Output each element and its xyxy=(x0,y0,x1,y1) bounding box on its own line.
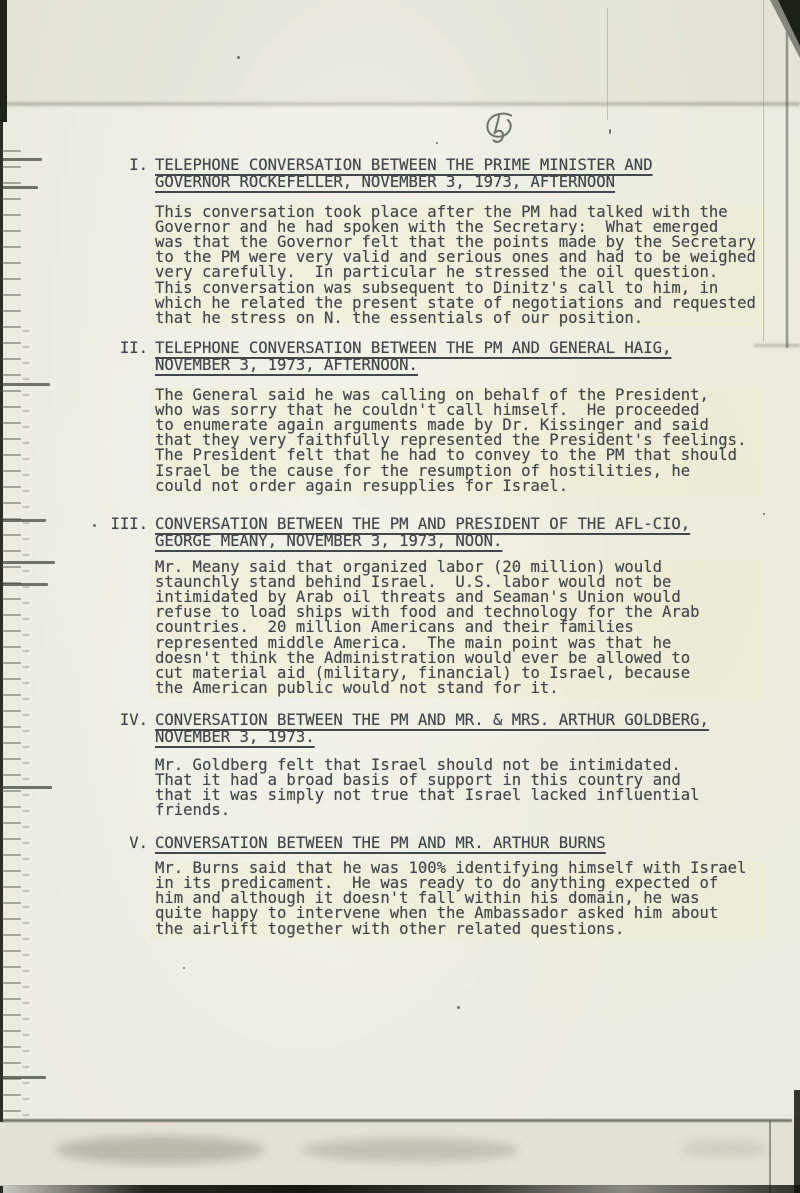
section-heading: TELEPHONE CONVERSATION BETWEEN THE PRIME… xyxy=(155,157,800,191)
section-heading: CONVERSATION BETWEEN THE PM AND MR. & MR… xyxy=(155,712,800,746)
section-1: I. TELEPHONE CONVERSATION BETWEEN THE PR… xyxy=(0,157,800,326)
section-4: IV. CONVERSATION BETWEEN THE PM AND MR. … xyxy=(0,712,800,818)
section-numeral: V. xyxy=(100,835,148,852)
paper-crease xyxy=(607,8,608,120)
section-numeral: IV. xyxy=(100,712,148,729)
section-body: The General said he was calling on behal… xyxy=(155,388,800,494)
scan-speck xyxy=(609,129,611,134)
section-heading: CONVERSATION BETWEEN THE PM AND PRESIDEN… xyxy=(155,516,800,550)
scan-smudge xyxy=(680,1140,770,1158)
scan-speck xyxy=(183,967,185,969)
section-body: Mr. Meany said that organized labor (20 … xyxy=(155,560,800,697)
section-heading: TELEPHONE CONVERSATION BETWEEN THE PM AN… xyxy=(155,340,800,374)
paper-crease xyxy=(769,1121,771,1193)
section-3: III. CONVERSATION BETWEEN THE PM AND PRE… xyxy=(0,516,800,696)
scan-speck xyxy=(457,1006,460,1009)
scan-speck xyxy=(763,513,765,515)
section-heading: CONVERSATION BETWEEN THE PM AND MR. ARTH… xyxy=(155,835,800,852)
binding-mark-dark xyxy=(0,1076,46,1079)
scan-speck xyxy=(436,142,438,144)
scan-bottom-bar xyxy=(0,1185,800,1193)
section-numeral: III. xyxy=(100,516,148,533)
scan-smudge xyxy=(300,1138,520,1162)
page-bottom-edge xyxy=(0,1119,792,1122)
scan-smudge xyxy=(55,1136,265,1164)
scan-left-edge-dark xyxy=(0,0,7,122)
section-numeral: II. xyxy=(100,340,148,357)
section-5: V. CONVERSATION BETWEEN THE PM AND MR. A… xyxy=(0,835,800,937)
section-numeral: I. xyxy=(100,157,148,174)
section-body: Mr. Burns said that he was 100% identify… xyxy=(155,861,800,937)
handwritten-page-number xyxy=(476,107,529,151)
scan-top-band xyxy=(0,0,800,104)
paper-edge-line xyxy=(0,101,800,107)
section-2: II. TELEPHONE CONVERSATION BETWEEN THE P… xyxy=(0,340,800,494)
section-body: Mr. Goldberg felt that Israel should not… xyxy=(155,758,800,819)
scan-right-edge xyxy=(794,1090,800,1193)
section-body: This conversation took place after the P… xyxy=(155,205,800,327)
scanned-document-page: I. TELEPHONE CONVERSATION BETWEEN THE PR… xyxy=(0,0,800,1193)
scan-speck xyxy=(237,56,240,59)
page-corner-shadow xyxy=(758,0,800,72)
